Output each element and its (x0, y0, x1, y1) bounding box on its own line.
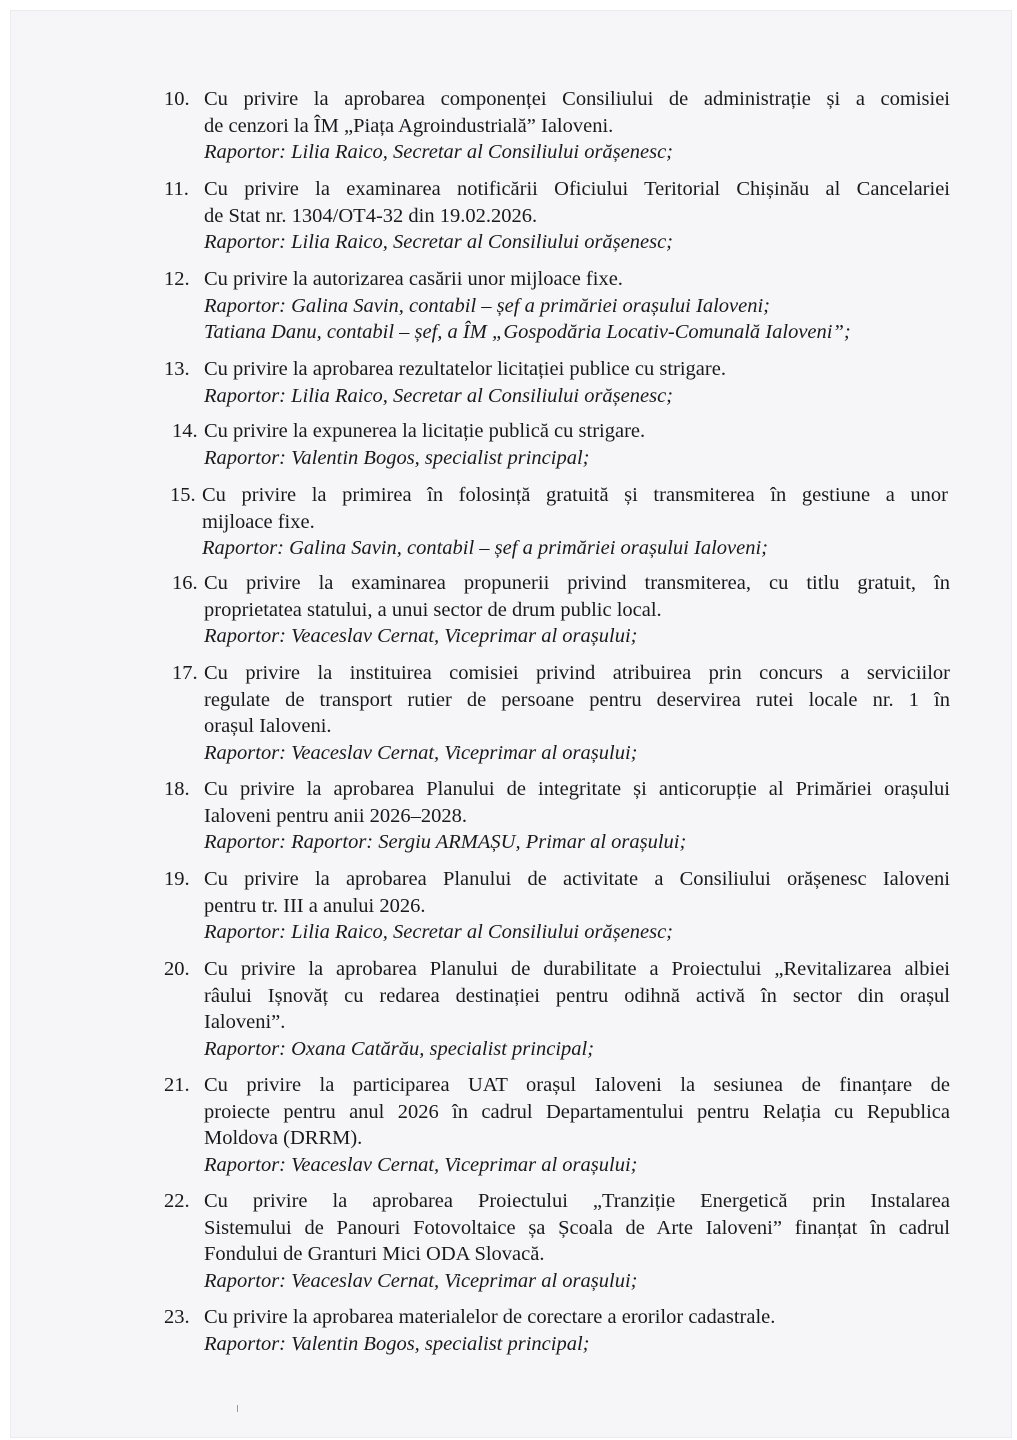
item-number: 20. (164, 956, 190, 983)
raportor-line: Raportor: Valentin Bogos, specialist pri… (204, 445, 950, 472)
item-text-line: Cu privire la instituirea comisiei privi… (204, 660, 950, 687)
raportor-line: Raportor: Galina Savin, contabil – șef a… (202, 535, 948, 562)
raportor-line: Raportor: Lilia Raico, Secretar al Consi… (204, 139, 950, 166)
raportor-line: Tatiana Danu, contabil – șef, a ÎM „Gosp… (204, 319, 950, 346)
raportor-line: Raportor: Lilia Raico, Secretar al Consi… (204, 919, 950, 946)
raportor-line: Raportor: Lilia Raico, Secretar al Consi… (204, 229, 950, 256)
item-number: 15. (170, 482, 196, 509)
scan-artifact-mark (237, 1405, 238, 1412)
item-text-line: Fondului de Granturi Mici ODA Slovacă. (204, 1241, 950, 1268)
item-text-line: de Stat nr. 1304/OT4-32 din 19.02.2026. (204, 203, 950, 230)
raportor-line: Raportor: Galina Savin, contabil – șef a… (204, 293, 950, 320)
item-number: 13. (164, 356, 190, 383)
item-number: 14. (172, 418, 198, 445)
item-text-line: Cu privire la aprobarea materialelor de … (204, 1304, 950, 1331)
item-text-line: Cu privire la primirea în folosință grat… (202, 482, 948, 509)
raportor-line: Raportor: Valentin Bogos, specialist pri… (204, 1331, 950, 1358)
item-text-line: Ialoveni pentru anii 2026–2028. (204, 803, 950, 830)
item-text-line: Cu privire la examinarea propunerii priv… (204, 570, 950, 597)
item-text-line: Cu privire la expunerea la licitație pub… (204, 418, 950, 445)
item-number: 17. (172, 660, 198, 687)
item-number: 11. (164, 176, 189, 203)
item-text-line: Cu privire la autorizarea casării unor m… (204, 266, 950, 293)
item-text-line: proprietatea statului, a unui sector de … (204, 597, 950, 624)
item-text-line: Sistemului de Panouri Fotovoltaice șa Șc… (204, 1215, 950, 1242)
item-number: 22. (164, 1188, 190, 1215)
item-text-line: Ialoveni”. (204, 1009, 950, 1036)
item-text-line: Cu privire la aprobarea Planului de acti… (204, 866, 950, 893)
raportor-line: Raportor: Oxana Catărău, specialist prin… (204, 1036, 950, 1063)
raportor-line: Raportor: Veaceslav Cernat, Viceprimar a… (204, 740, 950, 767)
raportor-line: Raportor: Lilia Raico, Secretar al Consi… (204, 383, 950, 410)
item-text-line: orașul Ialoveni. (204, 713, 950, 740)
item-text-line: regulate de transport rutier de persoane… (204, 687, 950, 714)
raportor-line: Raportor: Raportor: Sergiu ARMAȘU, Prima… (204, 829, 950, 856)
item-number: 12. (164, 266, 190, 293)
item-text-line: mijloace fixe. (202, 509, 948, 536)
item-text-line: de cenzori la ÎM „Piața Agroindustrială”… (204, 113, 950, 140)
item-number: 16. (172, 570, 198, 597)
item-text-line: Cu privire la aprobarea Planului de dura… (204, 956, 950, 983)
item-text-line: Cu privire la examinarea notificării Ofi… (204, 176, 950, 203)
item-number: 10. (164, 86, 190, 113)
item-text-line: Moldova (DRRM). (204, 1125, 950, 1152)
item-number: 23. (164, 1304, 190, 1331)
raportor-line: Raportor: Veaceslav Cernat, Viceprimar a… (204, 1152, 950, 1179)
item-text-line: Cu privire la aprobarea Proiectului „Tra… (204, 1188, 950, 1215)
item-text-line: Cu privire la aprobarea rezultatelor lic… (204, 356, 950, 383)
item-text-line: Cu privire la aprobarea componenței Cons… (204, 86, 950, 113)
item-number: 21. (164, 1072, 190, 1099)
item-text-line: pentru tr. III a anului 2026. (204, 893, 950, 920)
item-number: 18. (164, 776, 190, 803)
item-text-line: râului Ișnovăț cu redarea destinației pe… (204, 983, 950, 1010)
item-text-line: Cu privire la aprobarea Planului de inte… (204, 776, 950, 803)
raportor-line: Raportor: Veaceslav Cernat, Viceprimar a… (204, 1268, 950, 1295)
raportor-line: Raportor: Veaceslav Cernat, Viceprimar a… (204, 623, 950, 650)
item-text-line: proiecte pentru anul 2026 în cadrul Depa… (204, 1099, 950, 1126)
item-text-line: Cu privire la participarea UAT orașul Ia… (204, 1072, 950, 1099)
item-number: 19. (164, 866, 190, 893)
